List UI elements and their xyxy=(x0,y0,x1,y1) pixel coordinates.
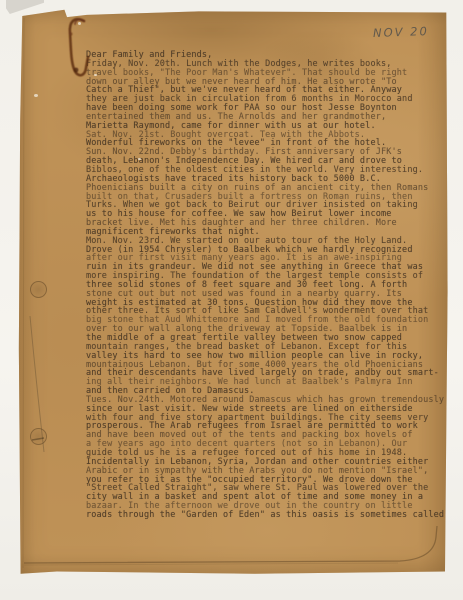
typewritten-line: Mon. Nov. 23rd. We started on our auto t… xyxy=(86,237,458,246)
typewritten-line: with four and five story apartment build… xyxy=(86,414,458,423)
typewritten-line: they are just back in circulation from 6… xyxy=(86,95,458,104)
scanned-page: NOV 20 Dear Family and Friends,Friday, N… xyxy=(0,0,463,600)
typewritten-line: "Street Called Straight", saw where St. … xyxy=(86,484,458,493)
typewritten-letter: Dear Family and Friends,Friday, Nov. 20t… xyxy=(86,51,458,520)
typewritten-line: Turks. When we got back to Beirut our dr… xyxy=(86,201,458,210)
punch-hole-bottom xyxy=(30,428,47,445)
left-edge-crease xyxy=(23,18,24,568)
typewritten-line: guide told us he is a refugee forced out… xyxy=(86,449,458,458)
typewritten-line: bazaar. In the afternoon we drove out in… xyxy=(86,502,458,511)
accession-number-upside-down: 2019.121.1223A xyxy=(20,574,110,584)
typewritten-line: mountainous Lebanon. But for some 4000 y… xyxy=(86,361,458,370)
typewritten-line: ing all their neighbors. We had lunch at… xyxy=(86,378,458,387)
typewritten-line: Sun. Nov. 22nd. Debby's birthday. First … xyxy=(86,148,458,157)
typewritten-line: mountain ranges, the bread basket of Leb… xyxy=(86,343,458,352)
punch-hole-top xyxy=(30,281,47,298)
scan-corner-shadow xyxy=(6,0,44,14)
typewritten-line: Biblos, one of the oldest cities in the … xyxy=(86,166,458,175)
typewritten-line: bracket live. Met his daughter and her t… xyxy=(86,219,458,228)
paper-speck xyxy=(94,74,97,76)
crease-line xyxy=(24,526,437,565)
typewritten-line: entertained them and us. The Arnolds and… xyxy=(86,113,458,122)
paper-sheet: NOV 20 Dear Family and Friends,Friday, N… xyxy=(18,8,448,576)
typewritten-line: over to our wall along the driveway at T… xyxy=(86,325,458,334)
paper-speck xyxy=(78,22,81,25)
typewritten-line: Arabic or in sympathy with the Arabs you… xyxy=(86,467,458,476)
typewritten-line: down our alley but we never heard of him… xyxy=(86,78,458,87)
typewritten-line: Sat. Nov. 21st. Bought overcoat. Tea wit… xyxy=(86,131,458,140)
typewritten-line: roads through the "Garden of Eden" as th… xyxy=(86,511,458,520)
typewritten-line: more inspiring. The foundation of the la… xyxy=(86,272,458,281)
paper-speck xyxy=(34,94,38,97)
typewritten-line: after our first visit many years ago. It… xyxy=(86,254,458,263)
date-stamp-handwritten: NOV 20 xyxy=(373,24,429,40)
typewritten-line: stone cut out but not used was found in … xyxy=(86,290,458,299)
typewritten-line: Tues. Nov.24th. Motored around Damascus … xyxy=(86,396,458,405)
paper-speck xyxy=(138,158,141,160)
